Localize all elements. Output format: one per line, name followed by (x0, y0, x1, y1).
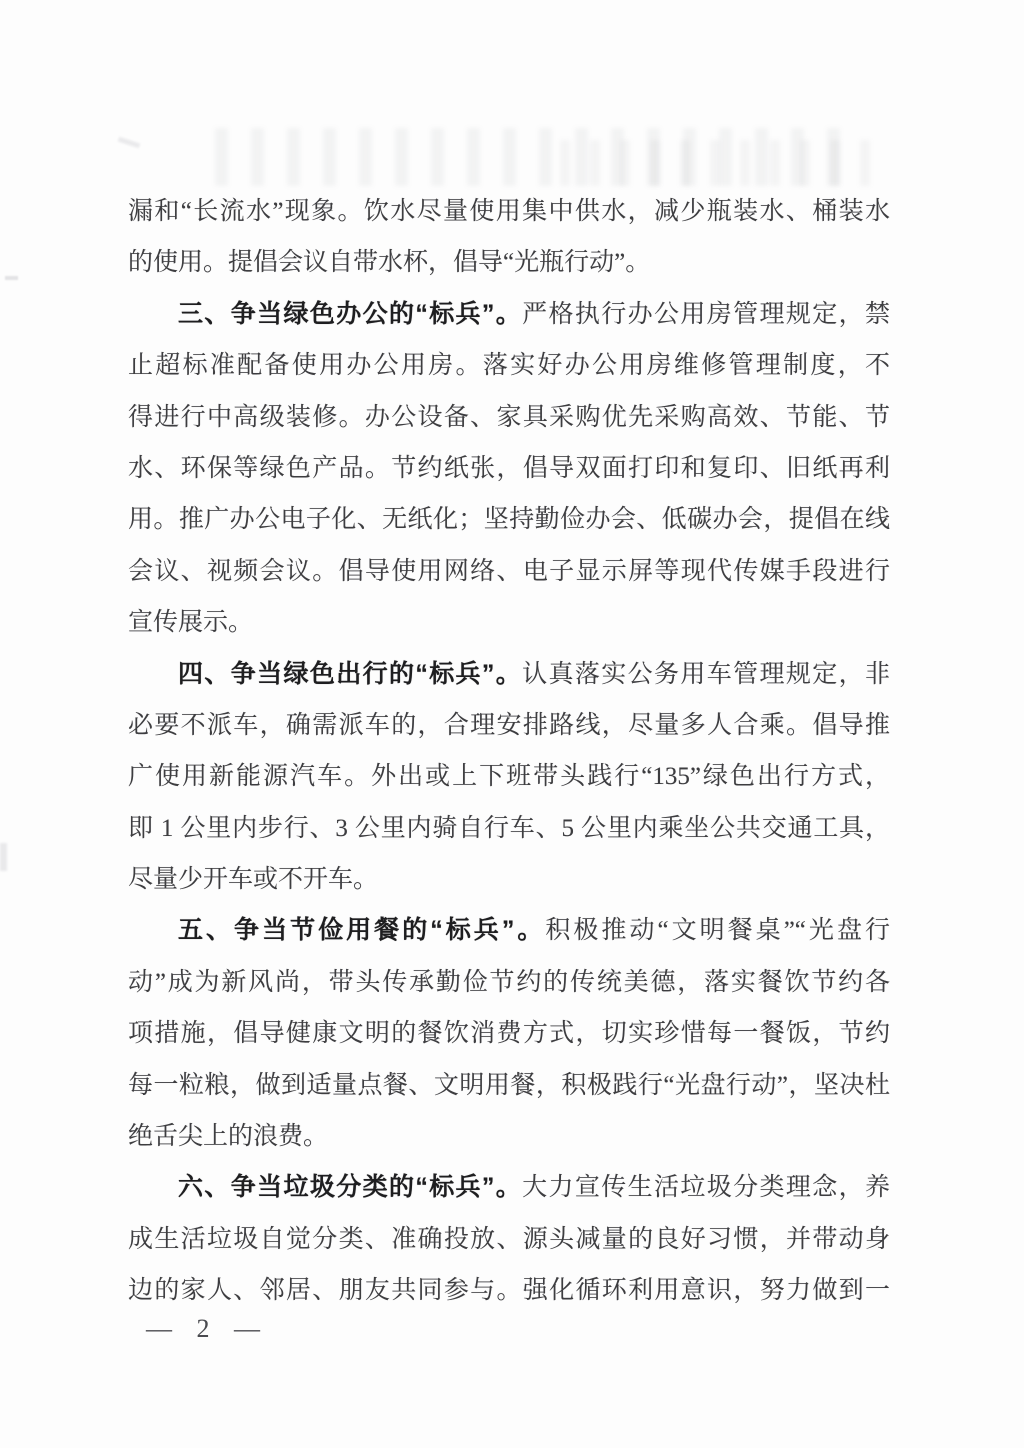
text-line: 项措施，倡导健康文明的餐饮消费方式，切实珍惜每一餐饭，节约 (128, 1008, 890, 1059)
text-line: 四、争当绿色出行的“标兵”。认真落实公务用车管理规定，非 (128, 649, 890, 700)
body-text-segment: 每一粒粮，做到适量点餐、文明用餐，积极践行“光盘行动”，坚决杜 (128, 1072, 890, 1099)
body-text-segment: 水、环保等绿色产品。节约纸张，倡导双面打印和复印、旧纸再利 (128, 455, 890, 482)
body-text-segment: 止超标准配备使用办公用房。落实好办公用房维修管理制度，不 (128, 352, 890, 379)
body-text-segment: 得进行中高级装修。办公设备、家具采购优先采购高效、节能、节 (128, 404, 890, 431)
body-text-segment: 认真落实公务用车管理规定，非 (522, 661, 890, 688)
text-line: 得进行中高级装修。办公设备、家具采购优先采购高效、节能、节 (128, 392, 890, 443)
page-number: — 2 — (146, 1312, 262, 1346)
text-line: 漏和“长流水”现象。饮水尽量使用集中供水，减少瓶装水、桶装水 (128, 186, 890, 237)
scan-artifact-mark (118, 137, 140, 149)
body-text-segment: 广使用新能源汽车。外出或上下班带头践行“135”绿色出行方式， (128, 763, 890, 790)
scanned-document-page: 漏和“长流水”现象。饮水尽量使用集中供水，减少瓶装水、桶装水的使用。提倡会议自带… (0, 0, 1024, 1448)
text-line: 广使用新能源汽车。外出或上下班带头践行“135”绿色出行方式， (128, 751, 890, 802)
body-text-segment: 成生活垃圾自觉分类、准确投放、源头减量的良好习惯，并带动身 (128, 1226, 890, 1253)
text-line: 的使用。提倡会议自带水杯，倡导“光瓶行动”。 (128, 237, 890, 288)
text-line: 即 1 公里内步行、3 公里内骑自行车、5 公里内乘坐公共交通工具， (128, 803, 890, 854)
body-text-segment: 项措施，倡导健康文明的餐饮消费方式，切实珍惜每一餐饭，节约 (128, 1020, 890, 1047)
text-line: 六、争当垃圾分类的“标兵”。大力宣传生活垃圾分类理念，养 (128, 1162, 890, 1213)
text-line: 边的家人、邻居、朋友共同参与。强化循环利用意识，努力做到一 (128, 1265, 890, 1316)
text-line: 动”成为新风尚，带头传承勤俭节约的传统美德，落实餐饮节约各 (128, 957, 890, 1008)
scan-artifact-bleedthrough (215, 128, 845, 186)
section-heading-segment: 六、争当垃圾分类的“标兵”。 (178, 1173, 522, 1201)
body-text-segment: 绝舌尖上的浪费。 (128, 1123, 328, 1150)
body-text-segment: 的使用。提倡会议自带水杯，倡导“光瓶行动”。 (128, 249, 650, 276)
text-line: 绝舌尖上的浪费。 (128, 1111, 890, 1162)
body-text-segment: 宣传展示。 (128, 609, 253, 636)
section-heading-segment: 四、争当绿色出行的“标兵”。 (178, 660, 522, 688)
document-body: 漏和“长流水”现象。饮水尽量使用集中供水，减少瓶装水、桶装水的使用。提倡会议自带… (128, 186, 890, 1317)
text-line: 用。推广办公电子化、无纸化；坚持勤俭办会、低碳办会，提倡在线 (128, 494, 890, 545)
scan-artifact-bleedthrough (560, 140, 890, 186)
text-line: 每一粒粮，做到适量点餐、文明用餐，积极践行“光盘行动”，坚决杜 (128, 1060, 890, 1111)
body-text-segment: 尽量少开车或不开车。 (128, 866, 378, 893)
body-text-segment: 大力宣传生活垃圾分类理念，养 (522, 1174, 890, 1201)
text-line: 水、环保等绿色产品。节约纸张，倡导双面打印和复印、旧纸再利 (128, 443, 890, 494)
text-line: 三、争当绿色办公的“标兵”。严格执行办公用房管理规定，禁 (128, 289, 890, 340)
body-text-segment: 积极推动“文明餐桌”“光盘行 (545, 917, 890, 944)
body-text-segment: 边的家人、邻居、朋友共同参与。强化循环利用意识，努力做到一 (128, 1277, 890, 1304)
body-text-segment: 必要不派车，确需派车的，合理安排路线，尽量多人合乘。倡导推 (128, 712, 890, 739)
body-text-segment: 动”成为新风尚，带头传承勤俭节约的传统美德，落实餐饮节约各 (128, 969, 890, 996)
body-text-segment: 即 1 公里内步行、3 公里内骑自行车、5 公里内乘坐公共交通工具， (128, 815, 890, 842)
body-text-segment: 严格执行办公用房管理规定，禁 (522, 301, 890, 328)
section-heading-segment: 三、争当绿色办公的“标兵”。 (178, 300, 522, 328)
text-line: 宣传展示。 (128, 597, 890, 648)
text-line: 必要不派车，确需派车的，合理安排路线，尽量多人合乘。倡导推 (128, 700, 890, 751)
scan-artifact-mark (5, 276, 18, 280)
text-line: 五、争当节俭用餐的“标兵”。积极推动“文明餐桌”“光盘行 (128, 905, 890, 956)
text-line: 止超标准配备使用办公用房。落实好办公用房维修管理制度，不 (128, 340, 890, 391)
text-line: 会议、视频会议。倡导使用网络、电子显示屏等现代传媒手段进行 (128, 546, 890, 597)
body-text-segment: 漏和“长流水”现象。饮水尽量使用集中供水，减少瓶装水、桶装水 (128, 198, 890, 225)
scan-artifact-mark (0, 843, 7, 871)
section-heading-segment: 五、争当节俭用餐的“标兵”。 (178, 916, 545, 944)
body-text-segment: 用。推广办公电子化、无纸化；坚持勤俭办会、低碳办会，提倡在线 (128, 506, 890, 533)
text-line: 尽量少开车或不开车。 (128, 854, 890, 905)
text-line: 成生活垃圾自觉分类、准确投放、源头减量的良好习惯，并带动身 (128, 1214, 890, 1265)
body-text-segment: 会议、视频会议。倡导使用网络、电子显示屏等现代传媒手段进行 (128, 558, 890, 585)
